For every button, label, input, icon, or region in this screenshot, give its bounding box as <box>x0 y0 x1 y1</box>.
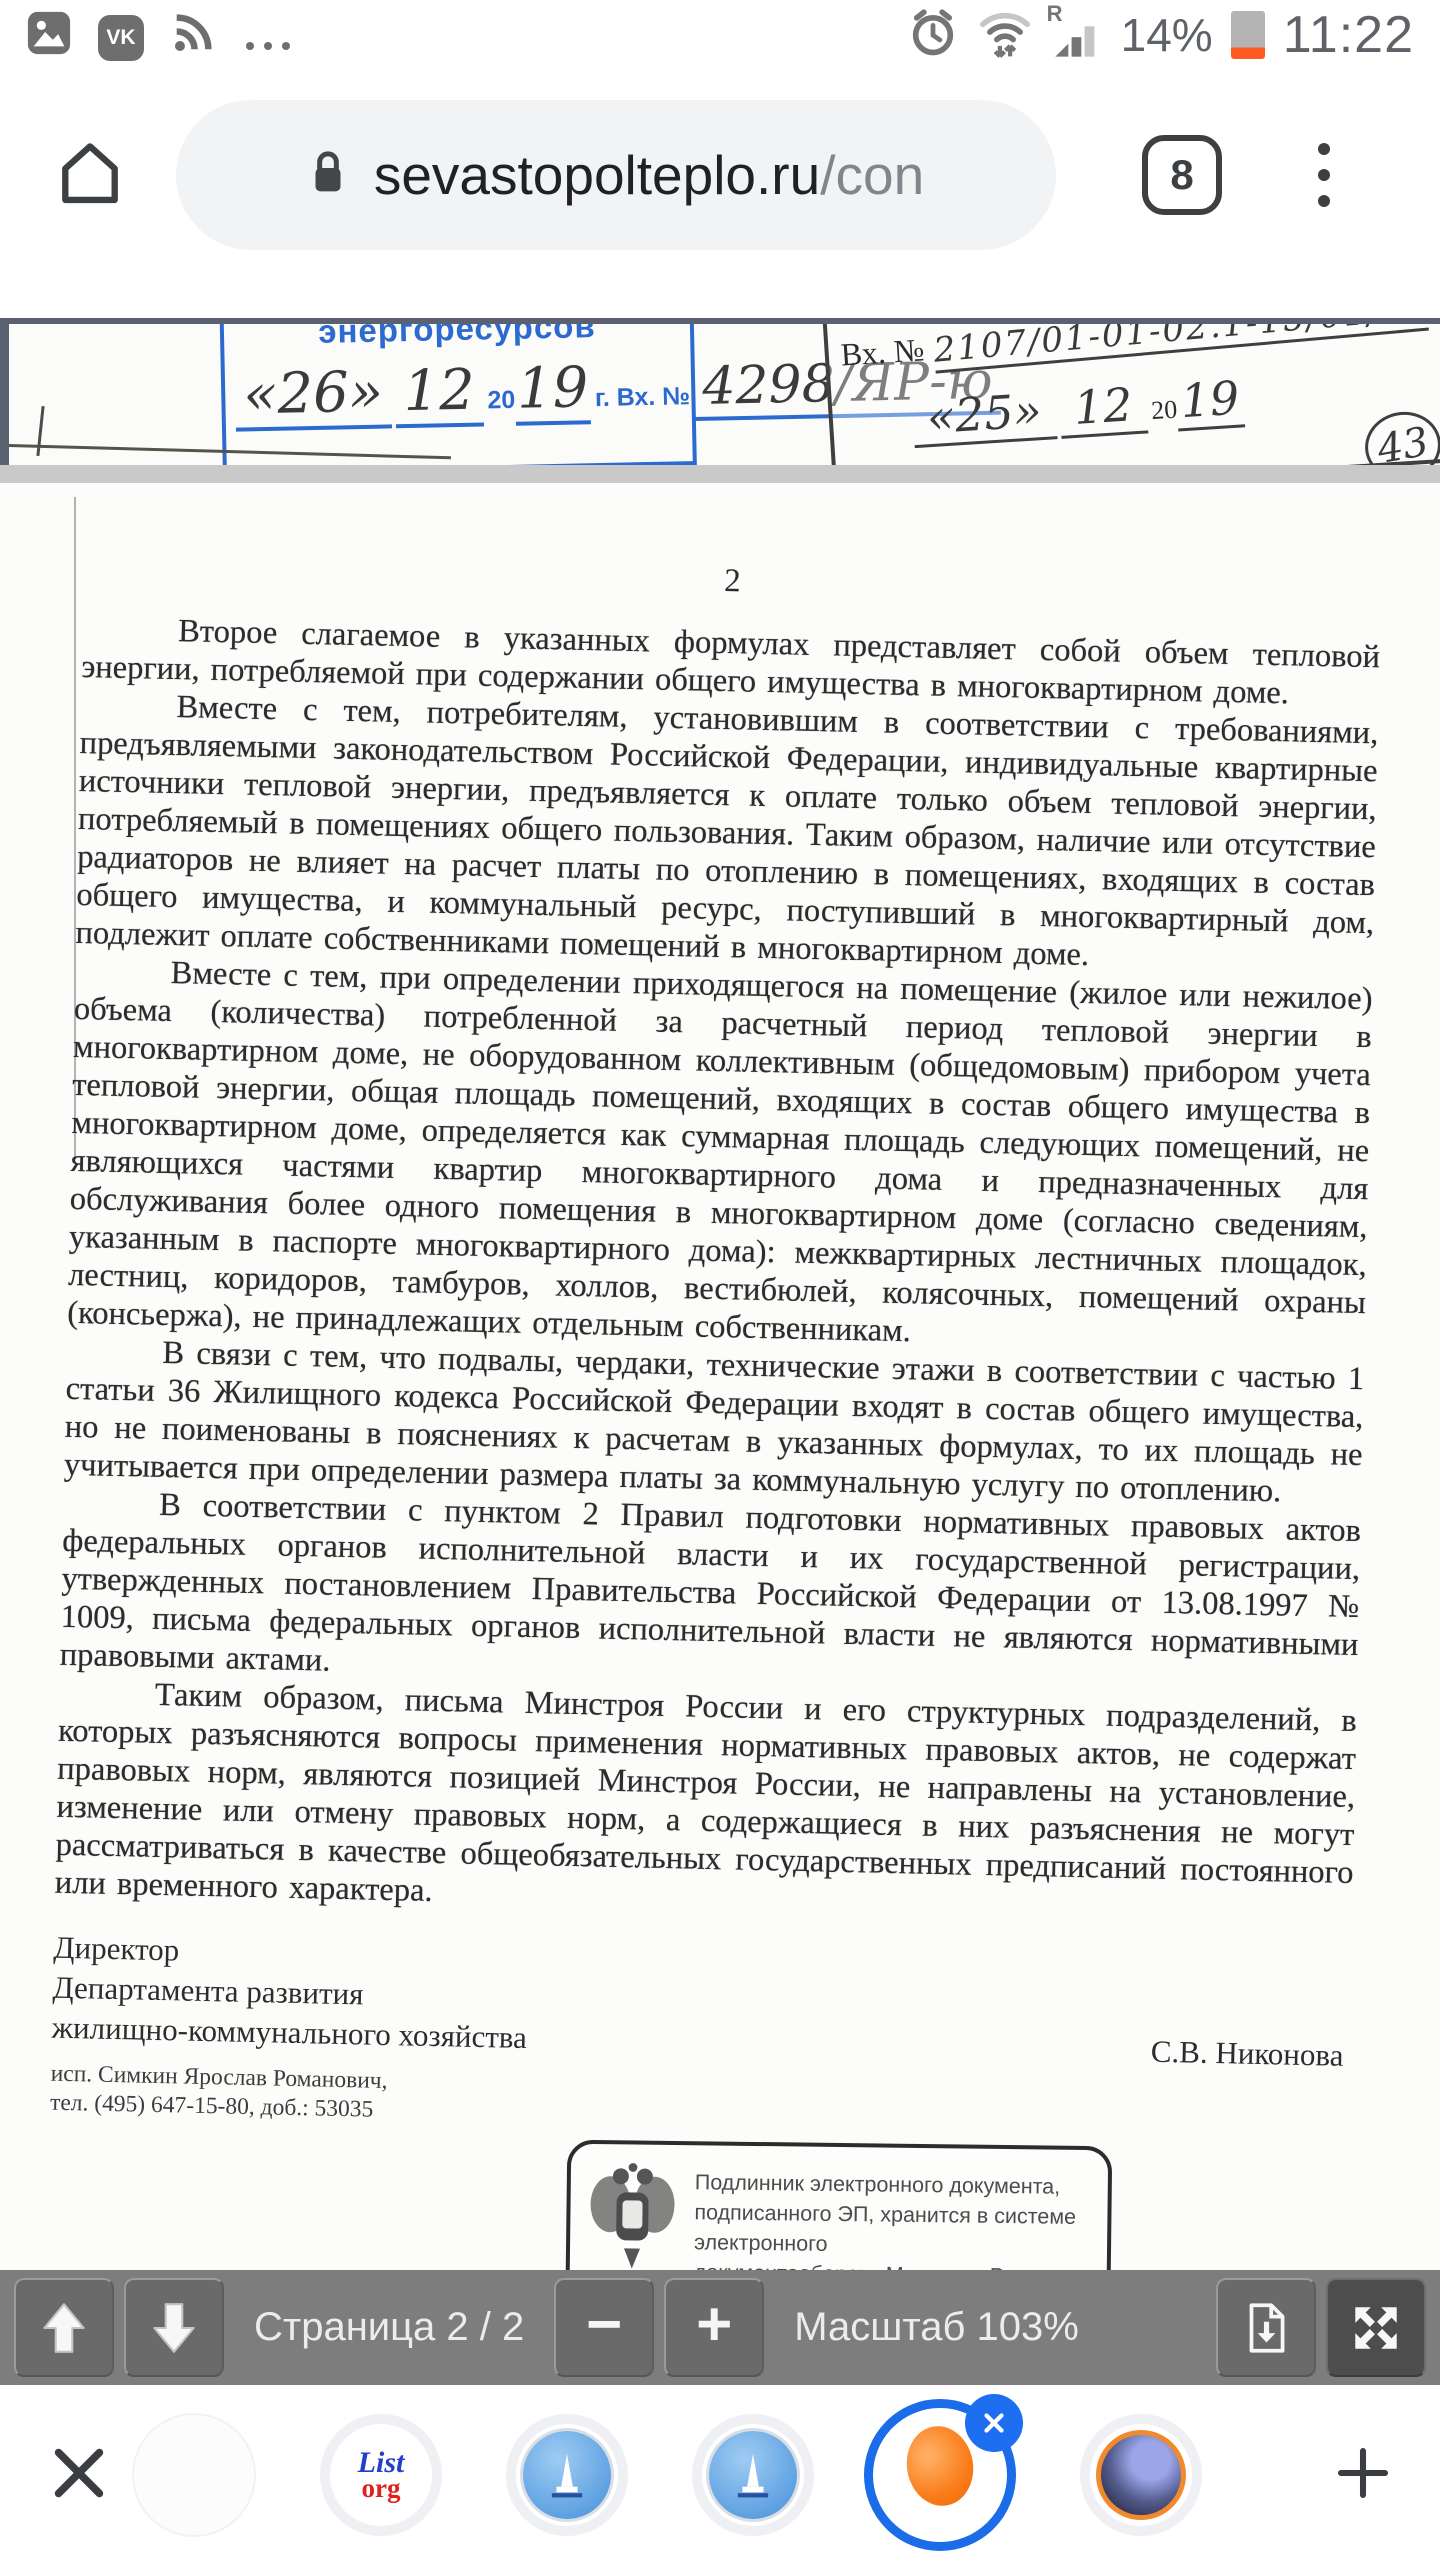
pdf-page-2: 2 Второе слагаемое в указанных формулах … <box>0 483 1440 2270</box>
rss-icon <box>170 10 216 61</box>
tab-switcher-button[interactable]: 8 <box>1142 135 1222 215</box>
fullscreen-button[interactable] <box>1326 2278 1426 2377</box>
esignature-text: Подлинник электронного документа, подпис… <box>693 2161 1092 2270</box>
signature-block: Директор Департамента развития жилищно-к… <box>51 1928 1351 2076</box>
tab-thumbnail-emblem-2[interactable] <box>692 2414 814 2536</box>
clock: 11:22 <box>1283 5 1414 65</box>
executor-info: исп. Симкин Ярослав Романович, тел. (495… <box>50 2060 1349 2146</box>
incoming-stamp-blue: энергоресурсов «26» 12 2019 г. Вх. № 429… <box>219 318 697 465</box>
paragraph: Таким образом, письма Минстроя России и … <box>54 1674 1357 1930</box>
close-tab-badge[interactable] <box>965 2394 1023 2452</box>
gallery-icon <box>26 10 72 61</box>
notification-icons: VK <box>26 10 294 61</box>
cell-signal-icon: R <box>1051 9 1103 61</box>
city-emblem-favicon <box>709 2431 797 2519</box>
tab-thumbnail-emblem-1[interactable] <box>506 2414 628 2536</box>
browser-menu-button[interactable] <box>1318 143 1330 207</box>
coat-of-arms-icon <box>583 2160 681 2270</box>
browser-toolbar: sevastopolteplo.ru/con 8 <box>0 70 1440 280</box>
page-indicator: Страница 2 / 2 <box>254 2305 524 2350</box>
tab-strip: Listorg <box>0 2390 1440 2560</box>
zoom-out-button[interactable]: − <box>554 2278 654 2377</box>
vk-icon: VK <box>98 15 144 61</box>
home-button[interactable] <box>52 135 128 216</box>
new-tab-button[interactable] <box>1330 2440 1396 2511</box>
battery-icon <box>1231 11 1265 59</box>
tab-thumbnail-avatar[interactable] <box>1080 2414 1202 2536</box>
tab-thumbnail-partial[interactable] <box>132 2413 256 2537</box>
paragraph: Вместе с тем, при определении приходящег… <box>67 952 1373 1360</box>
zoom-indicator: Масштаб 103% <box>794 2305 1079 2350</box>
listorg-favicon: Listorg <box>358 2449 405 2500</box>
url-text: sevastopolteplo.ru/con <box>374 143 924 207</box>
close-tabs-button[interactable] <box>44 2438 114 2513</box>
page-number: 2 <box>83 549 1381 614</box>
status-bar: VK R 14% 11:22 <box>0 0 1440 70</box>
tab-thumbnail-listorg[interactable]: Listorg <box>320 2414 442 2536</box>
previous-page-button[interactable] <box>14 2278 114 2377</box>
battery-percent: 14% <box>1121 8 1213 62</box>
avatar-favicon <box>1096 2430 1186 2520</box>
signer-name: С.В. Никонова <box>1150 2032 1349 2076</box>
city-emblem-favicon <box>523 2431 611 2519</box>
address-bar[interactable]: sevastopolteplo.ru/con <box>176 100 1056 250</box>
pdf-viewer[interactable]: энергоресурсов «26» 12 2019 г. Вх. № 429… <box>0 280 1440 2270</box>
lock-icon <box>308 146 348 205</box>
paragraph: Вместе с тем, потребителям, установившим… <box>75 686 1378 980</box>
incoming-stamp-black: Вх. № 2107/01-01-02.1-15/01/19 «25» 12 2… <box>821 318 1440 465</box>
page-separator <box>0 465 1440 483</box>
pen-tick <box>36 406 44 456</box>
paragraph: В связи с тем, что подвалы, чердаки, тех… <box>64 1332 1365 1512</box>
more-notifications-icon <box>242 32 294 61</box>
pdf-toolbar: Страница 2 / 2 − + Масштаб 103% <box>0 2270 1440 2385</box>
download-button[interactable] <box>1216 2278 1316 2377</box>
tab-thumbnail-active[interactable] <box>864 2399 1016 2551</box>
paragraph: В соответствии с пунктом 2 Правил подгот… <box>59 1484 1361 1702</box>
alarm-icon <box>907 7 959 64</box>
wifi-icon <box>977 5 1033 66</box>
zoom-in-button[interactable]: + <box>664 2278 764 2377</box>
next-page-button[interactable] <box>124 2278 224 2377</box>
esignature-stamp: Подлинник электронного документа, подпис… <box>565 2140 1113 2270</box>
pdf-page-1-fragment: энергоресурсов «26» 12 2019 г. Вх. № 429… <box>0 318 1440 465</box>
